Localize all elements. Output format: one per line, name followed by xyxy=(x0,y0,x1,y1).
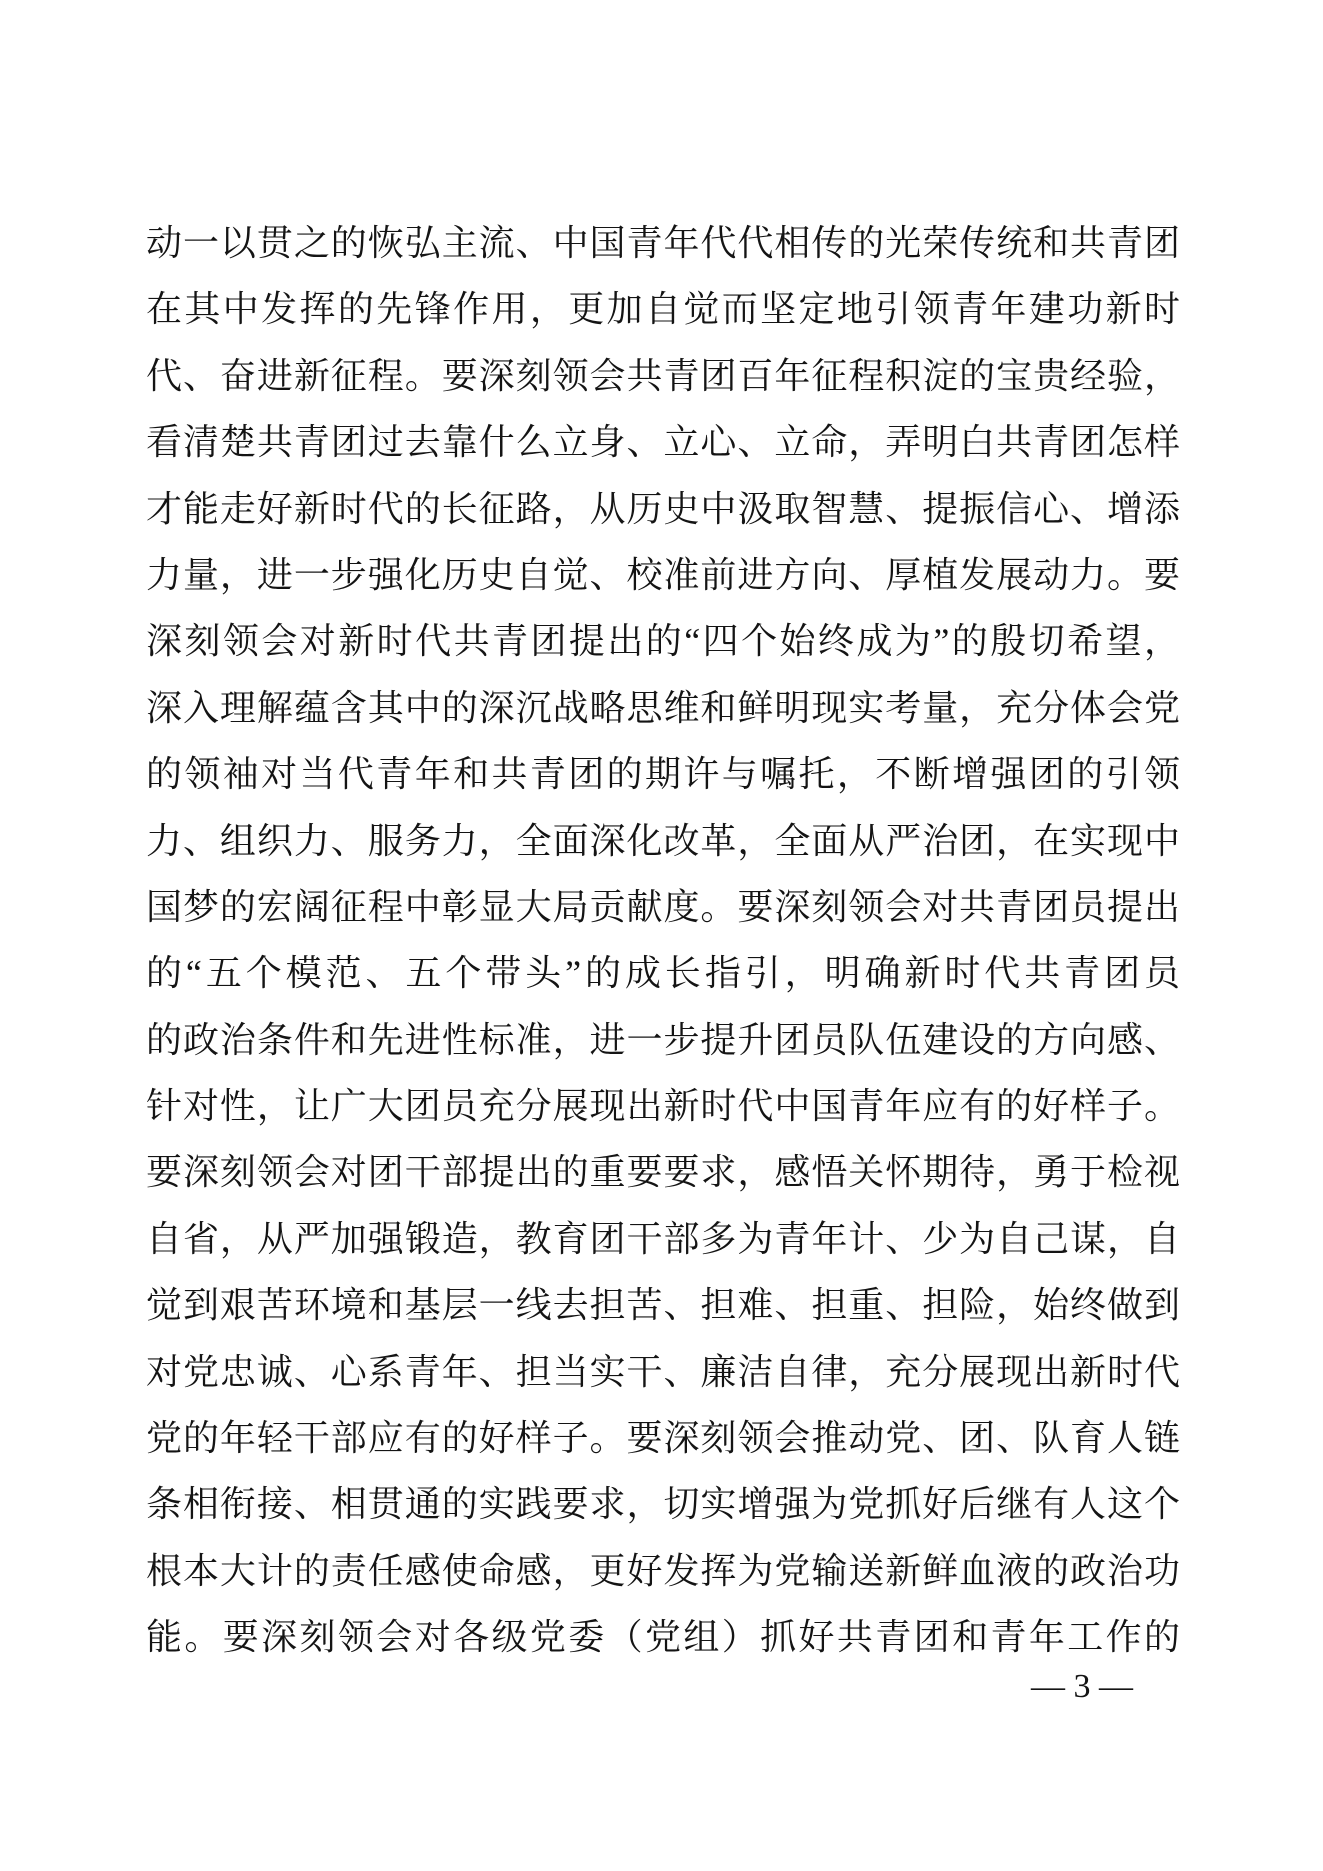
text-line: 条相衔接、相贯通的实践要求，切实增强为党抓好后继有人这个 xyxy=(146,1471,1180,1537)
text-line: 动一以贯之的恢弘主流、中国青年代代相传的光荣传统和共青团 xyxy=(146,210,1180,276)
document-page: 动一以贯之的恢弘主流、中国青年代代相传的光荣传统和共青团在其中发挥的先锋作用，更… xyxy=(0,0,1323,1871)
text-line: 党的年轻干部应有的好样子。要深刻领会推动党、团、队育人链 xyxy=(146,1405,1180,1471)
text-line: 力量，进一步强化历史自觉、校准前进方向、厚植发展动力。要 xyxy=(146,542,1180,608)
text-line: 根本大计的责任感使命感，更好发挥为党输送新鲜血液的政治功 xyxy=(146,1538,1180,1604)
text-line: 国梦的宏阔征程中彰显大局贡献度。要深刻领会对共青团员提出 xyxy=(146,874,1180,940)
text-line: 看清楚共青团过去靠什么立身、立心、立命，弄明白共青团怎样 xyxy=(146,409,1180,475)
page-number: — 3 — xyxy=(1016,1668,1148,1706)
text-line: 力、组织力、服务力，全面深化改革，全面从严治团，在实现中 xyxy=(146,808,1180,874)
text-line: 深刻领会对新时代共青团提出的“四个始终成为”的殷切希望， xyxy=(146,608,1180,674)
text-line: 觉到艰苦环境和基层一线去担苦、担难、担重、担险，始终做到 xyxy=(146,1272,1180,1338)
text-line: 的政治条件和先进性标准，进一步提升团员队伍建设的方向感、 xyxy=(146,1007,1180,1073)
text-line: 才能走好新时代的长征路，从历史中汲取智慧、提振信心、增添 xyxy=(146,476,1180,542)
text-line: 深入理解蕴含其中的深沉战略思维和鲜明现实考量，充分体会党 xyxy=(146,675,1180,741)
text-line: 在其中发挥的先锋作用，更加自觉而坚定地引领青年建功新时 xyxy=(146,276,1180,342)
text-line: 的“五个模范、五个带头”的成长指引，明确新时代共青团员 xyxy=(146,940,1180,1006)
document-body-text: 动一以贯之的恢弘主流、中国青年代代相传的光荣传统和共青团在其中发挥的先锋作用，更… xyxy=(146,210,1180,1671)
text-line: 代、奋进新征程。要深刻领会共青团百年征程积淀的宝贵经验， xyxy=(146,343,1180,409)
text-line: 要深刻领会对团干部提出的重要要求，感悟关怀期待，勇于检视 xyxy=(146,1139,1180,1205)
text-line: 针对性，让广大团员充分展现出新时代中国青年应有的好样子。 xyxy=(146,1073,1180,1139)
text-line: 对党忠诚、心系青年、担当实干、廉洁自律，充分展现出新时代 xyxy=(146,1339,1180,1405)
text-line: 能。要深刻领会对各级党委（党组）抓好共青团和青年工作的 xyxy=(146,1604,1180,1670)
text-line: 的领袖对当代青年和共青团的期许与嘱托，不断增强团的引领 xyxy=(146,741,1180,807)
text-line: 自省，从严加强锻造，教育团干部多为青年计、少为自己谋，自 xyxy=(146,1206,1180,1272)
